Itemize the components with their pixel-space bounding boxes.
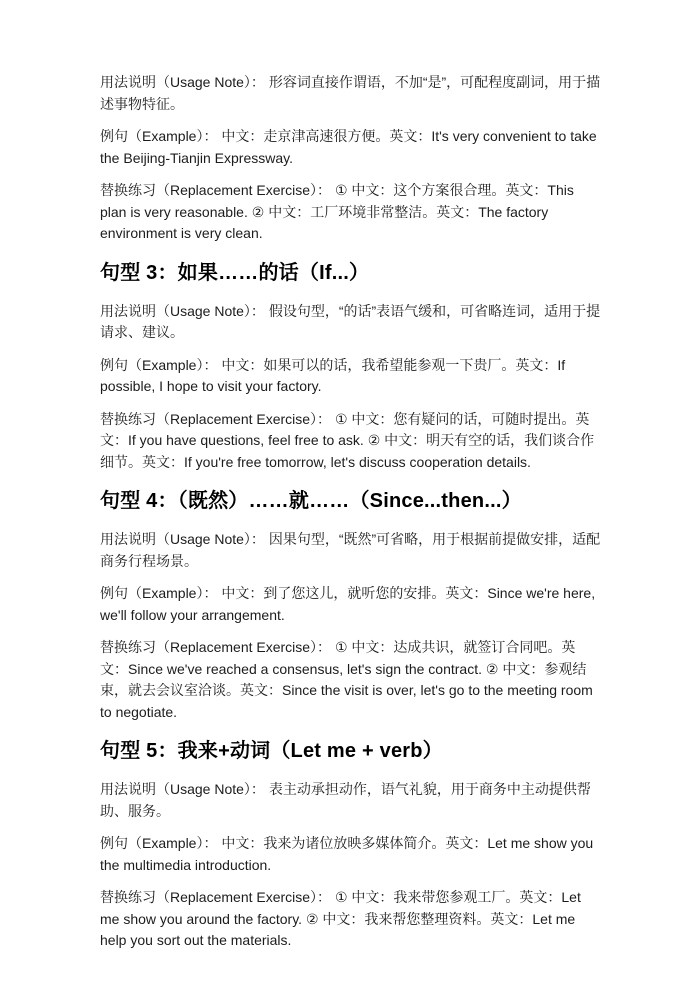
- section-pattern-4: 句型 4：（既然）……就……（Since...then...） 用法说明（Usa…: [100, 487, 602, 723]
- section-heading-pattern-3: 句型 3：如果……的话（If...）: [100, 259, 602, 287]
- replacement-exercise-paragraph: 替换练习（Replacement Exercise）： ① 中文：达成共识，就签…: [100, 637, 602, 723]
- document-page: 用法说明（Usage Note）： 形容词直接作谓语，不加“是”，可配程度副词，…: [0, 0, 700, 990]
- example-paragraph: 例句（Example）： 中文：走京津高速很方便。英文：It's very co…: [100, 126, 602, 169]
- section-pattern-5: 句型 5：我来+动词（Let me + verb） 用法说明（Usage Not…: [100, 737, 602, 952]
- replacement-exercise-paragraph: 替换练习（Replacement Exercise）： ① 中文：这个方案很合理…: [100, 180, 602, 245]
- section-heading-pattern-4: 句型 4：（既然）……就……（Since...then...）: [100, 487, 602, 515]
- usage-note-paragraph: 用法说明（Usage Note）： 表主动承担动作，语气礼貌，用于商务中主动提供…: [100, 779, 602, 822]
- section-pattern-3: 句型 3：如果……的话（If...） 用法说明（Usage Note）： 假设句…: [100, 259, 602, 474]
- usage-note-paragraph: 用法说明（Usage Note）： 形容词直接作谓语，不加“是”，可配程度副词，…: [100, 72, 602, 115]
- example-paragraph: 例句（Example）： 中文：我来为诸位放映多媒体简介。英文：Let me s…: [100, 833, 602, 876]
- section-heading-pattern-5: 句型 5：我来+动词（Let me + verb）: [100, 737, 602, 765]
- section-pattern-2-continuation: 用法说明（Usage Note）： 形容词直接作谓语，不加“是”，可配程度副词，…: [100, 72, 602, 245]
- document-content: 用法说明（Usage Note）： 形容词直接作谓语，不加“是”，可配程度副词，…: [100, 72, 602, 963]
- usage-note-paragraph: 用法说明（Usage Note）： 因果句型，“既然”可省略，用于根据前提做安排…: [100, 529, 602, 572]
- replacement-exercise-paragraph: 替换练习（Replacement Exercise）： ① 中文：我来带您参观工…: [100, 887, 602, 952]
- usage-note-paragraph: 用法说明（Usage Note）： 假设句型，“的话”表语气缓和，可省略连词，适…: [100, 301, 602, 344]
- example-paragraph: 例句（Example）： 中文：到了您这儿，就听您的安排。英文：Since we…: [100, 583, 602, 626]
- example-paragraph: 例句（Example）： 中文：如果可以的话，我希望能参观一下贵厂。英文：If …: [100, 355, 602, 398]
- replacement-exercise-paragraph: 替换练习（Replacement Exercise）： ① 中文：您有疑问的话，…: [100, 409, 602, 474]
